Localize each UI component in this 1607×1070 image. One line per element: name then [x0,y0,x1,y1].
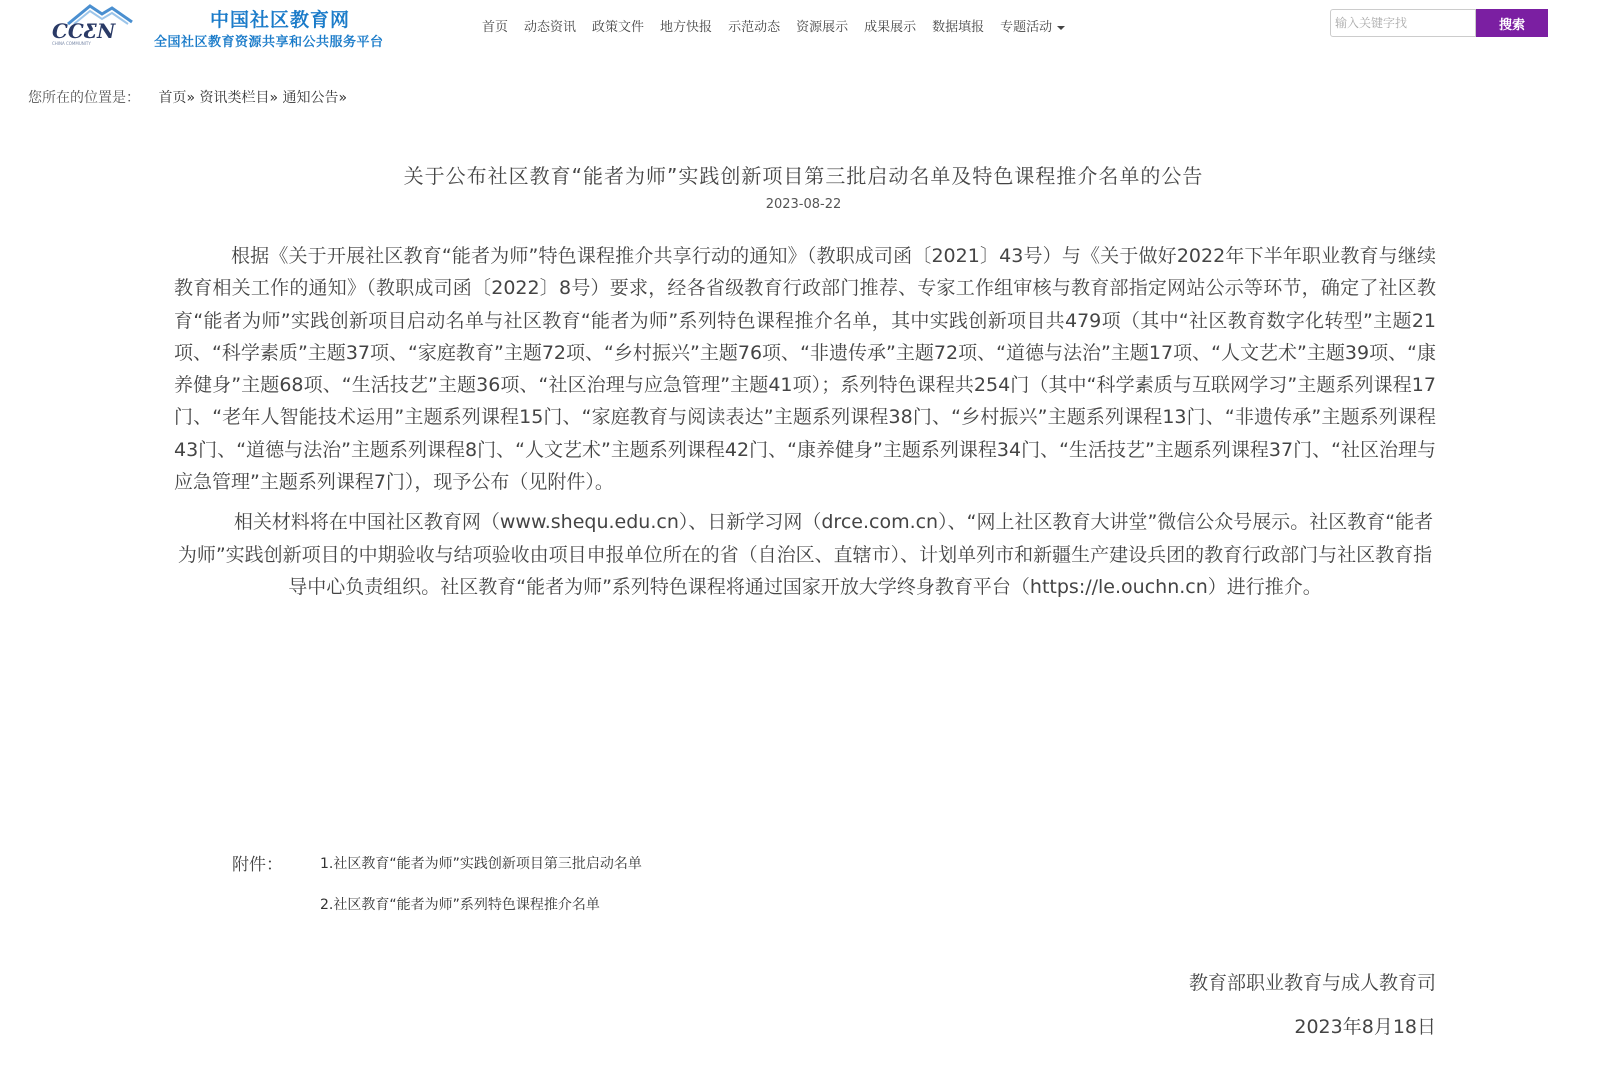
breadcrumb-notices[interactable]: 通知公告» [283,90,348,106]
nav-item-policy[interactable]: 政策文件 [592,16,644,35]
nav-item-demo[interactable]: 示范动态 [728,16,780,35]
ccen-logo-icon: CCƸN CHINA COMMUNITY [50,2,150,48]
article-title: 关于公布社区教育“能者为师”实践创新项目第三批启动名单及特色课程推介名单的公告 [0,160,1607,189]
nav-item-topics-label: 专题活动 [1000,20,1052,35]
svg-text:CHINA COMMUNITY: CHINA COMMUNITY [52,41,91,46]
search-button[interactable]: 搜索 [1476,9,1548,37]
nav-item-data-report[interactable]: 数据填报 [932,16,984,35]
article-paragraph: 相关材料将在中国社区教育网（www.shequ.edu.cn）、日新学习网（dr… [174,506,1436,603]
breadcrumb-label: 您所在的位置是： [28,90,140,106]
article-body: 根据《关于开展社区教育“能者为师”特色课程推介共享行动的通知》（教职成司函〔20… [174,240,1436,603]
site-header: CCƸN CHINA COMMUNITY 中国社区教育网 全国社区教育资源共享和… [0,0,1607,52]
nav-item-news[interactable]: 动态资讯 [524,16,576,35]
nav-item-home[interactable]: 首页 [482,16,508,35]
attachments-label: 附件： [232,855,283,875]
site-logo[interactable]: CCƸN CHINA COMMUNITY 中国社区教育网 全国社区教育资源共享和… [50,2,470,50]
chevron-down-icon [1057,26,1065,30]
breadcrumb: 您所在的位置是： 首页» 资讯类栏目» 通知公告» [28,87,347,107]
article-date: 2023-08-22 [0,197,1607,212]
attachments: 附件： 1.社区教育“能者为师”实践创新项目第三批启动名单 2.社区教育“能者为… [232,850,283,875]
attachment-link[interactable]: 2.社区教育“能者为师”系列特色课程推介名单 [320,894,600,914]
nav-item-topics[interactable]: 专题活动 [1000,16,1065,35]
attachment-link[interactable]: 1.社区教育“能者为师”实践创新项目第三批启动名单 [320,853,642,873]
nav-item-local[interactable]: 地方快报 [660,16,712,35]
site-subtitle: 全国社区教育资源共享和公共服务平台 [154,31,384,50]
breadcrumb-home[interactable]: 首页» [158,90,195,106]
svg-text:CCƸN: CCƸN [52,19,116,43]
breadcrumb-news-category[interactable]: 资讯类栏目» [199,90,278,106]
nav-item-resources[interactable]: 资源展示 [796,16,848,35]
search-bar: 搜索 [1330,9,1548,37]
signature-org: 教育部职业教育与成人教育司 [1189,968,1436,995]
search-input[interactable] [1330,9,1476,37]
main-nav: 首页 动态资讯 政策文件 地方快报 示范动态 资源展示 成果展示 数据填报 专题… [482,16,1081,35]
article-paragraph: 根据《关于开展社区教育“能者为师”特色课程推介共享行动的通知》（教职成司函〔20… [174,240,1436,498]
site-title: 中国社区教育网 [210,5,350,32]
nav-item-achievements[interactable]: 成果展示 [864,16,916,35]
signature-date: 2023年8月18日 [1294,1012,1436,1039]
